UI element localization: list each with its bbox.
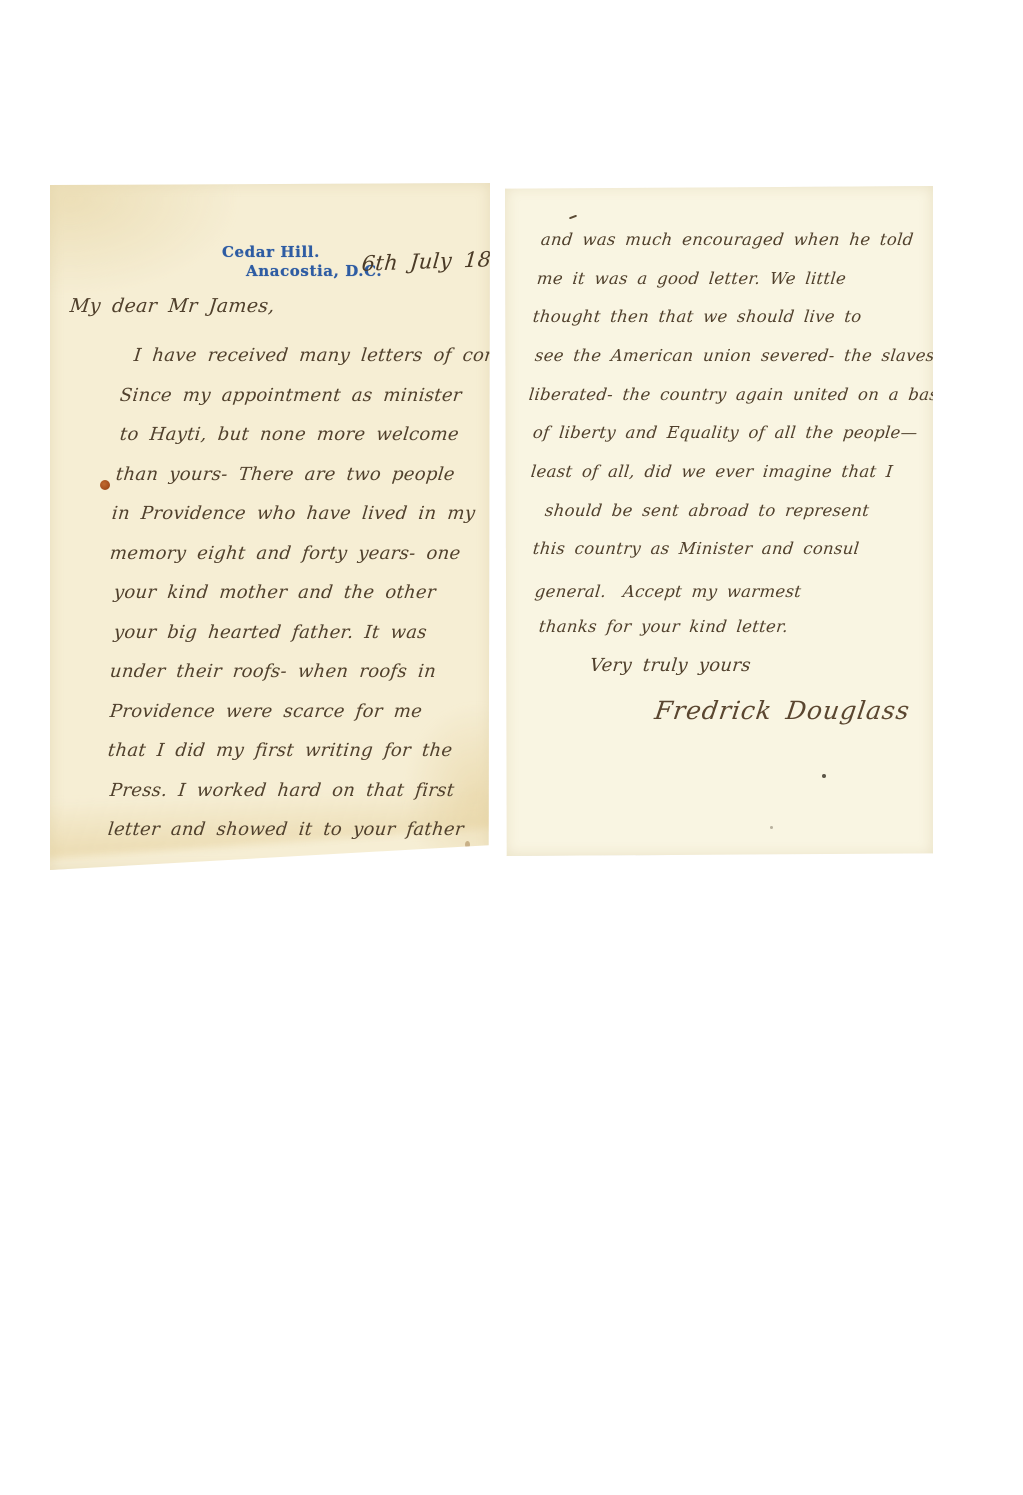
ink-speck [465,841,470,848]
body-line: thanks for your kind letter. [538,617,789,636]
body-line: your big hearted father. It was [113,622,428,643]
body-line: Press. I worked hard on that first [109,780,456,801]
body-line: this country as Minister and consul [532,539,860,558]
body-line: of liberty and Equality of all the peopl… [532,423,918,442]
closing: Very truly yours [589,655,752,676]
body-line: under their roofs- when roofs in [109,661,437,682]
letter-page-1: Cedar Hill. Anacostia, D.C. 6th July 188… [50,183,490,870]
letter-page-2: and was much encouraged when he told me … [505,186,933,856]
handwritten-date: 6th July 1889 [361,246,520,275]
body-line: than yours- There are two people [115,464,456,485]
ink-speck [822,774,826,778]
paper-stain-top-left [40,175,240,295]
ink-speck [770,826,773,829]
pen-mark [569,215,577,220]
letter-scan: Cedar Hill. Anacostia, D.C. 6th July 188… [0,0,1023,1495]
wax-seal-dot [100,480,110,490]
body-line: and was much encouraged when he told [540,230,915,249]
body-line: letter and showed it to your father [107,819,465,840]
body-line: thought then that we should live to [532,307,863,326]
letterhead-line-1: Cedar Hill. [222,243,320,261]
body-line: me it was a good letter. We little [536,269,847,288]
body-line: memory eight and forty years- one [109,543,462,564]
body-line: see the American union severed- the slav… [534,346,936,365]
salutation: My dear Mr James, [69,295,276,317]
body-line: your kind mother and the other [113,582,437,603]
body-line: liberated- the country again united on a… [528,385,954,404]
body-line: general. Accept my warmest [534,578,803,602]
signature: Fredrick Douglass [653,696,912,725]
body-line: Providence were scarce for me [109,701,423,722]
body-line: in Providence who have lived in my [111,503,477,524]
body-line: that I did my first writing for the [107,740,454,761]
body-line: should be sent abroad to represent [544,501,870,520]
body-line: Since my appointment as minister [119,385,463,406]
body-line: to Hayti, but none more welcome [119,424,460,445]
body-line: least of all, did we ever imagine that I [530,462,894,481]
